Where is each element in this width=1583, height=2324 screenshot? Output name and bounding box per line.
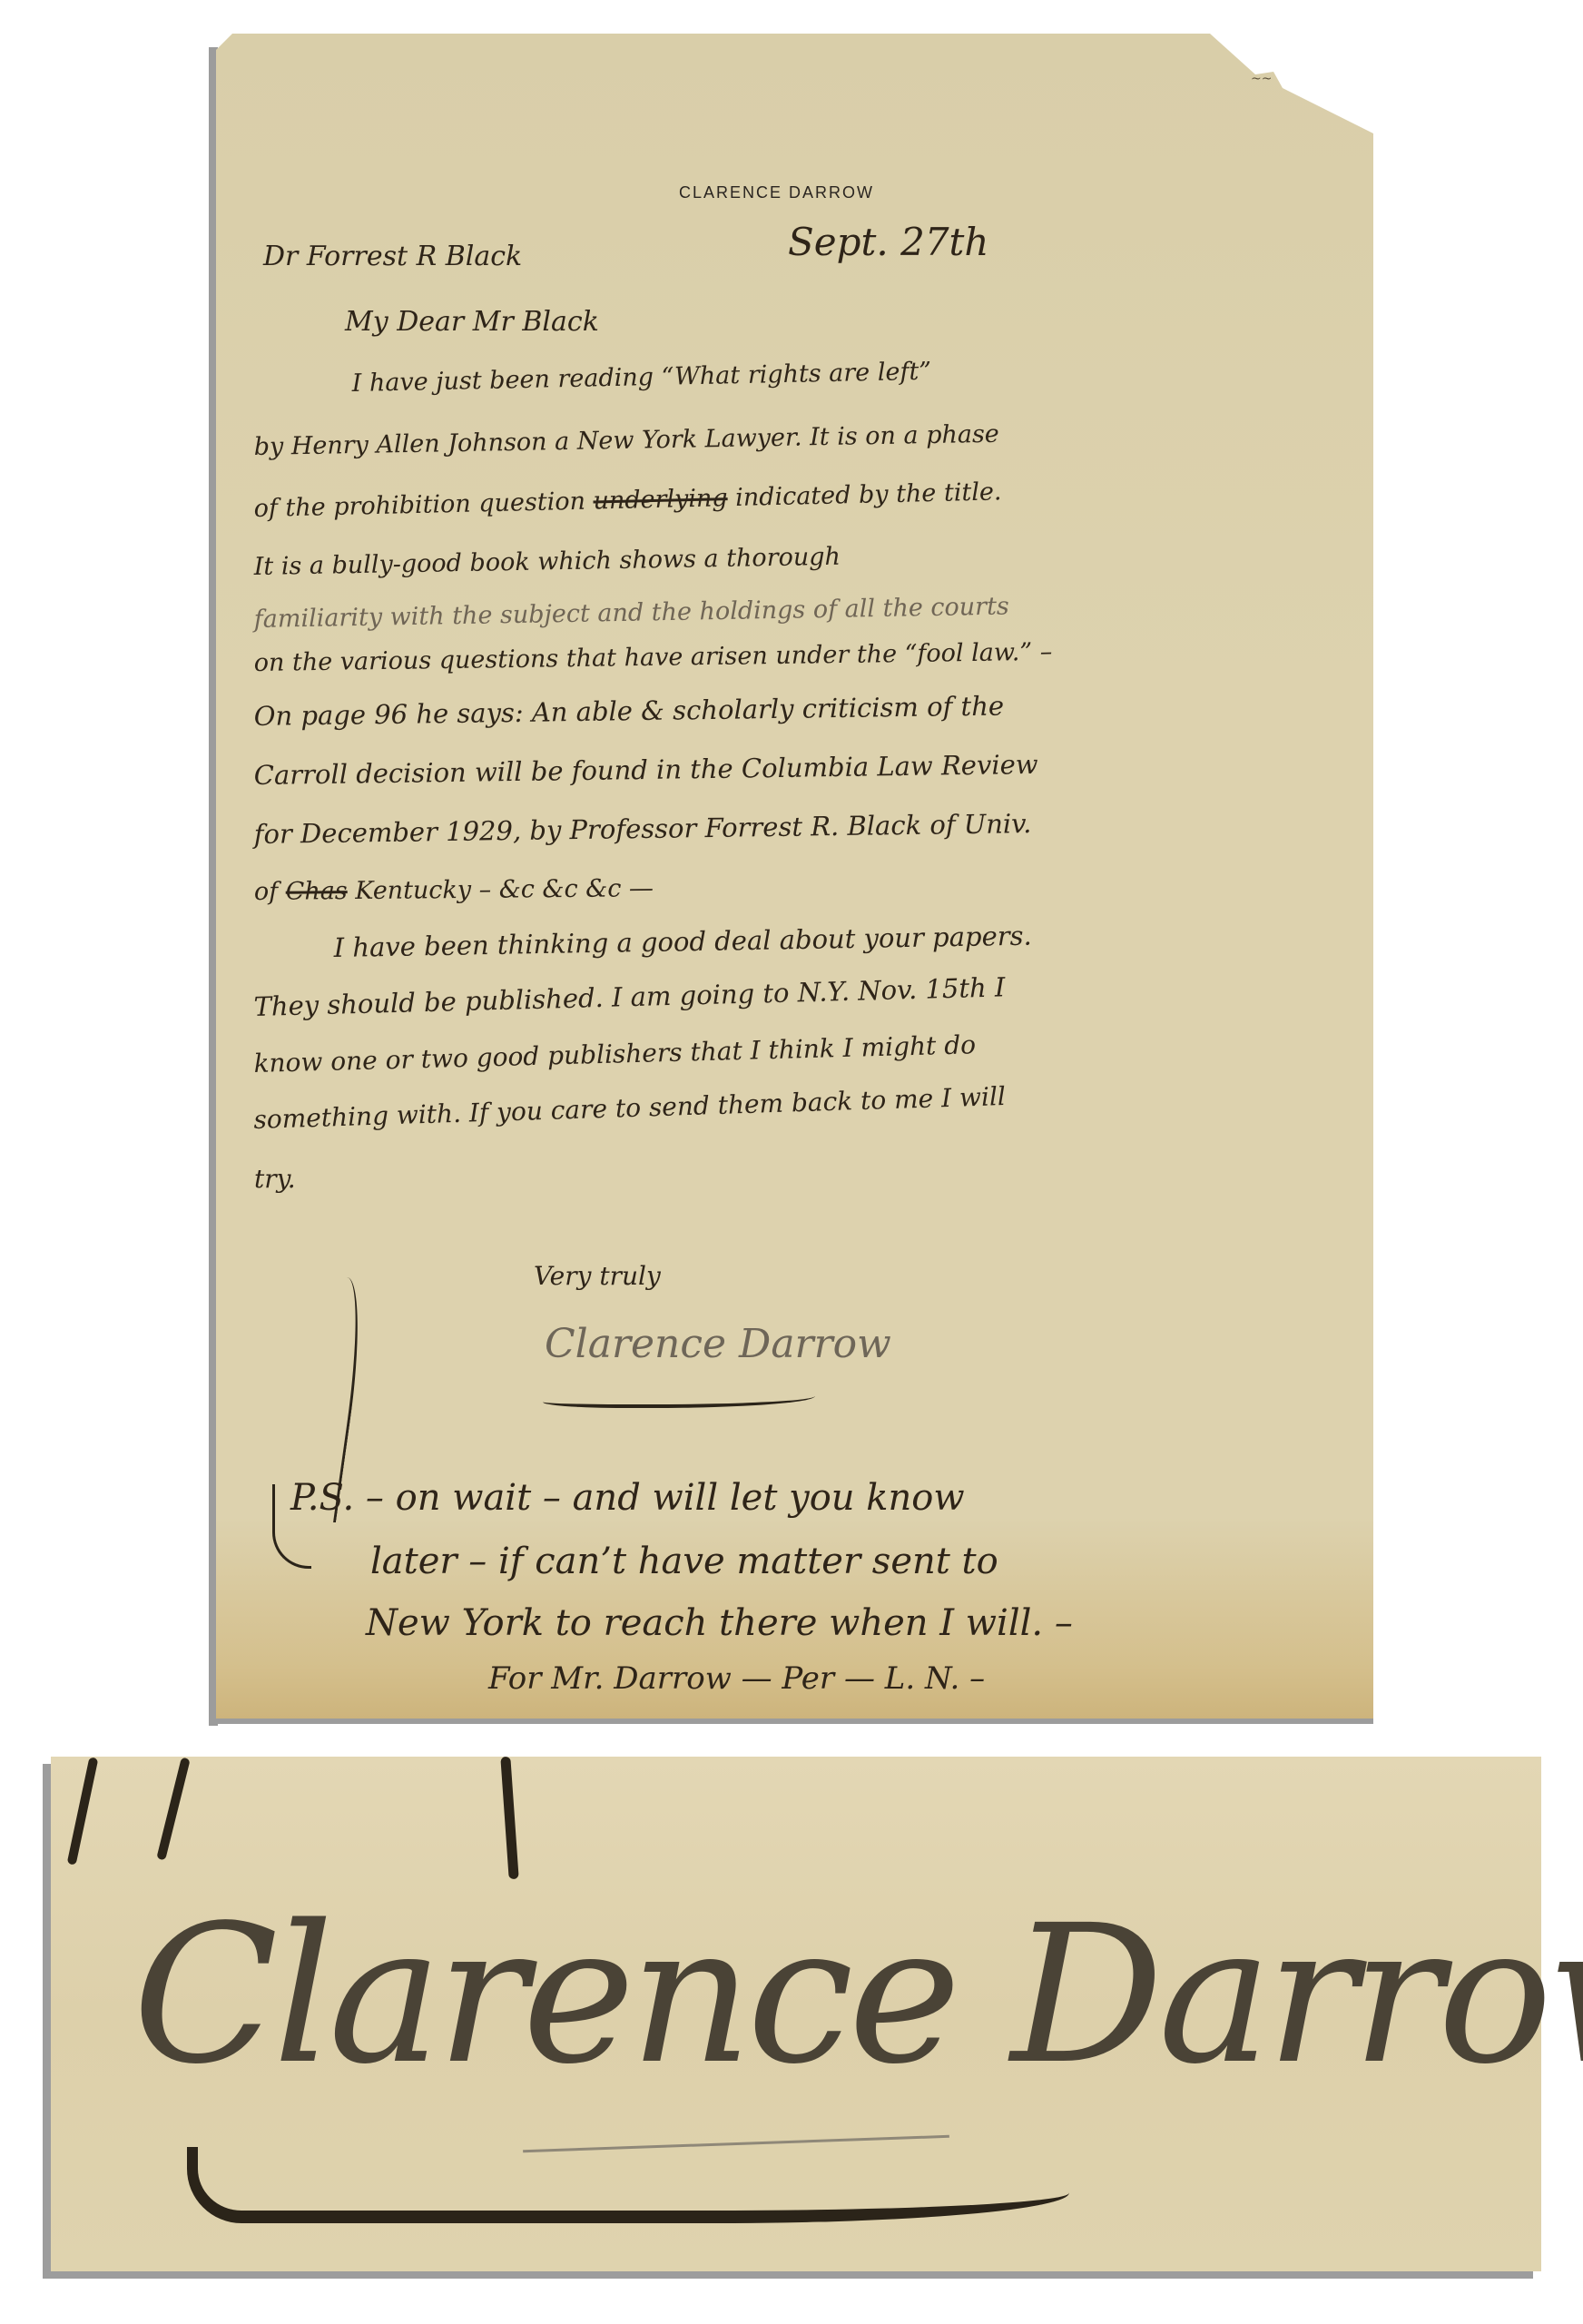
struck-word: underlying xyxy=(593,484,728,515)
body-line: on the various questions that have arise… xyxy=(254,638,1053,677)
struck-word: Chas xyxy=(286,877,348,906)
body-line: It is a bully-good book which shows a th… xyxy=(253,543,841,581)
corner-mark: ~~ xyxy=(1251,72,1272,86)
letterhead: CLARENCE DARROW xyxy=(679,183,874,202)
body-line: for December 1929, by Professor Forrest … xyxy=(254,808,1032,850)
signature: Clarence Darrow xyxy=(545,1321,891,1367)
body-line: of the prohibition question underlying i… xyxy=(253,478,1002,523)
body-line: know one or two good publishers that I t… xyxy=(253,1029,976,1078)
ink-stroke xyxy=(67,1757,99,1865)
body-line: something with. If you care to send them… xyxy=(253,1081,1006,1135)
body-line: They should be published. I am going to … xyxy=(253,971,1006,1022)
signature-closeup-underline xyxy=(187,2147,1069,2223)
body-line: try. xyxy=(254,1164,296,1194)
ink-stroke xyxy=(156,1757,191,1860)
ink-stroke xyxy=(500,1757,518,1879)
signature-closeup-panel: Clarence Darrow xyxy=(51,1757,1541,2271)
body-line-text: of the prohibition question xyxy=(253,487,594,523)
closing: Very truly xyxy=(534,1261,661,1291)
body-line: I have just been reading “What rights ar… xyxy=(351,358,931,398)
body-line: On page 96 he says: An able & scholarly … xyxy=(254,690,1005,732)
body-line-text: indicated by the title. xyxy=(727,478,1002,512)
letter-date: Sept. 27th xyxy=(788,220,988,264)
postscript-line: later – if can’t have matter sent to xyxy=(370,1541,998,1582)
body-line: I have been thinking a good deal about y… xyxy=(333,921,1032,963)
body-line: of Chas Kentucky – &c &c &c — xyxy=(254,874,654,906)
letter-shadow-bottom xyxy=(209,1718,1373,1724)
body-line-text: of xyxy=(254,878,286,906)
signature-closeup: Clarence Darrow xyxy=(133,1884,1583,2106)
body-line: by Henry Allen Johnson a New York Lawyer… xyxy=(253,420,999,461)
addressee: Dr Forrest R Black xyxy=(263,241,522,272)
postscript-line: New York to reach there when I will. – xyxy=(366,1602,1073,1644)
letter-page: ~~ CLARENCE DARROW Sept. 27th Dr Forrest… xyxy=(216,34,1373,1718)
postscript-line: P.S. – on wait – and will let you know xyxy=(290,1477,965,1519)
postscript-line: For Mr. Darrow — Per — L. N. – xyxy=(488,1660,985,1697)
salutation: My Dear Mr Black xyxy=(345,306,599,338)
body-line: Carroll decision will be found in the Co… xyxy=(254,749,1038,791)
body-line: familiarity with the subject and the hol… xyxy=(253,592,1009,634)
body-line-text: Kentucky – &c &c &c — xyxy=(348,874,654,905)
signature-underline xyxy=(543,1388,815,1408)
